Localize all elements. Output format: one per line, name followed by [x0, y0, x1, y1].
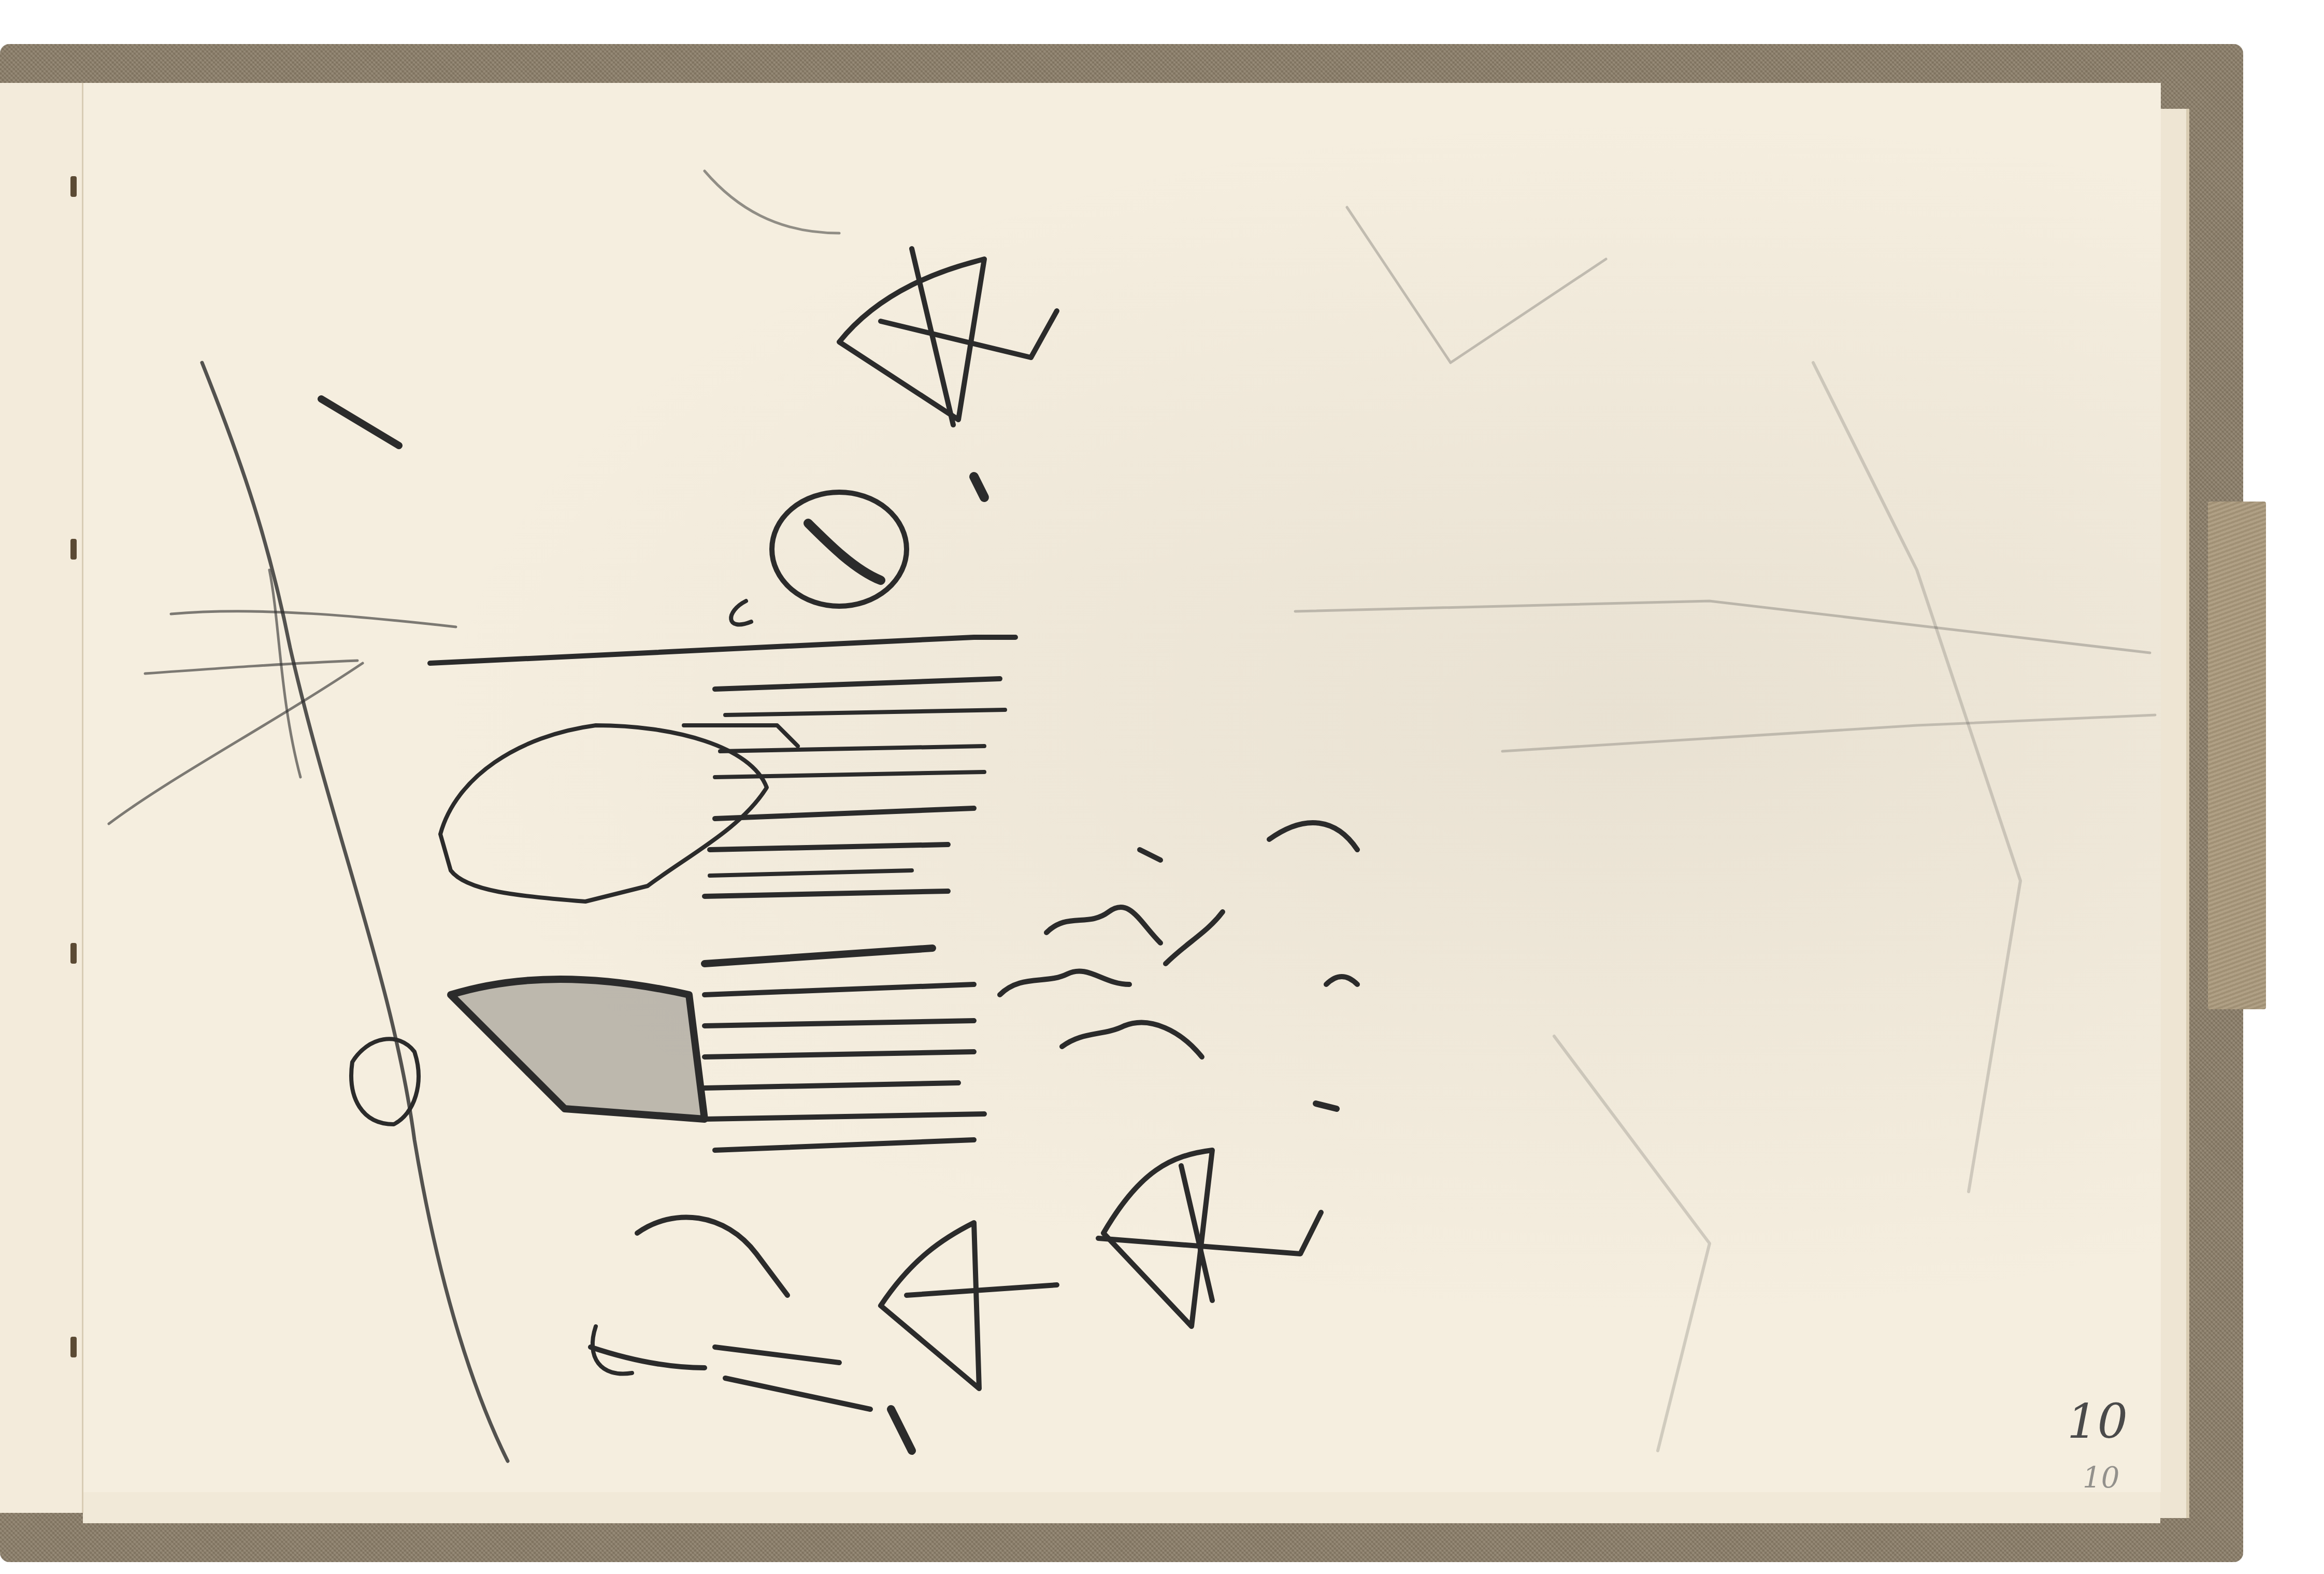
page-number: 10 — [2067, 1394, 2128, 1449]
underlying-page-number: 10 — [2083, 1461, 2119, 1495]
pencil-sketch — [0, 0, 2324, 1574]
